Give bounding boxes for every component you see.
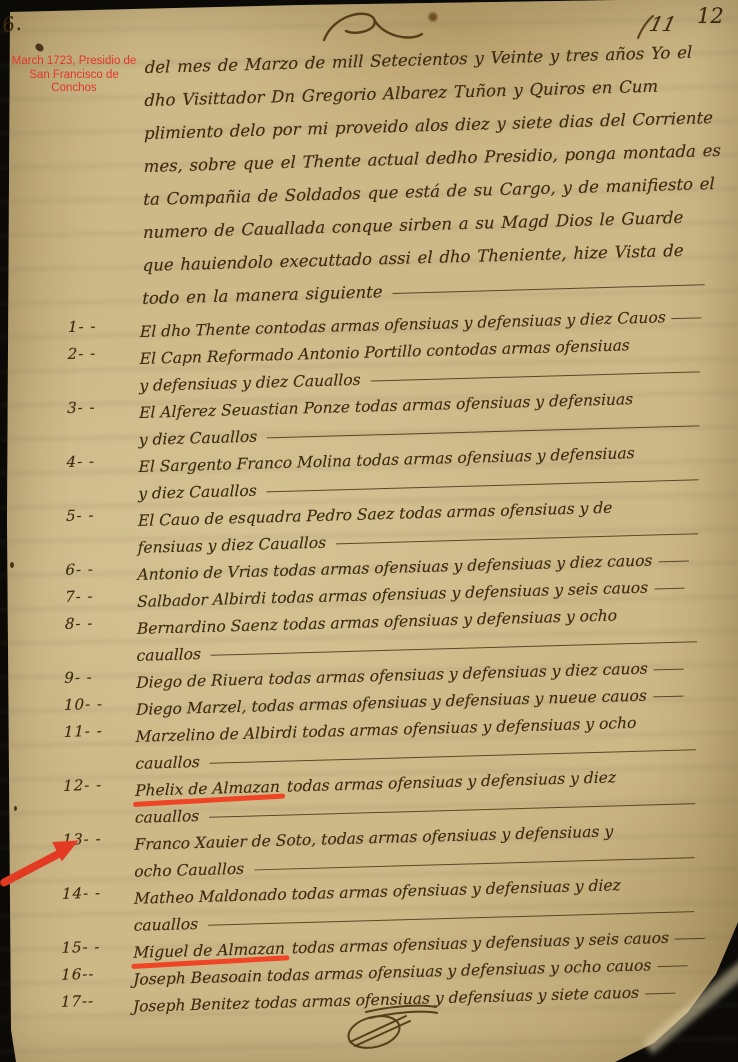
- inked-rule: [654, 669, 684, 671]
- entry-number: 11- -: [51, 719, 136, 775]
- entry-text: cauallos: [135, 753, 200, 773]
- entry-text: cauallos: [136, 645, 201, 665]
- entry-number: 15- -: [49, 935, 133, 964]
- inked-rule: [675, 938, 705, 940]
- red-arrow-icon: [0, 834, 85, 888]
- inked-rule: [672, 317, 702, 319]
- red-annotation-caption: March 1723, Presidio de San Francisco de…: [6, 55, 142, 96]
- entry-number: 9- -: [52, 665, 136, 694]
- entry-number: 3- -: [55, 395, 140, 451]
- entry-number: 4- -: [54, 449, 139, 505]
- entry-number: 1- -: [56, 314, 140, 343]
- folio-mark: 6.: [0, 11, 23, 38]
- inked-rule: [658, 561, 688, 563]
- entry-text: cauallos: [134, 915, 199, 935]
- header-paragraph: del mes de Marzo de mill Setecientos y V…: [142, 28, 715, 308]
- document-scan: del mes de Marzo de mill Setecientos y V…: [0, 0, 738, 1062]
- entry-number: 5- -: [54, 503, 139, 559]
- muster-roll-entries: 1- -El dho Thente contodas armas ofensiu…: [49, 298, 723, 1018]
- inked-rule: [654, 588, 684, 590]
- page-number-new: 12: [697, 4, 724, 28]
- inked-rule: [653, 696, 683, 698]
- entry-number: 8- -: [52, 611, 137, 667]
- entry-number: 12- -: [51, 773, 136, 829]
- underlined-name: Phelix de Almazan: [135, 778, 280, 800]
- annotation-line-1: March 1723, Presidio de: [12, 55, 137, 67]
- entry-number: 17--: [49, 989, 133, 1018]
- entry-number: 7- -: [53, 584, 137, 613]
- entry-text: cauallos: [135, 807, 200, 827]
- inked-rule: [393, 284, 705, 294]
- entry-number: 6- -: [53, 557, 137, 586]
- inked-rule: [657, 965, 687, 967]
- entry-number: 14- -: [50, 881, 135, 937]
- manuscript-text-block: del mes de Marzo de mill Setecientos y V…: [0, 0, 738, 1020]
- header-line-text: todo en la manera siguiente: [142, 282, 383, 308]
- entry-number: 2- -: [55, 341, 140, 397]
- entry-number: 10- -: [52, 692, 136, 721]
- annotation-line-2: San Francisco de Conchos: [29, 69, 119, 95]
- entry-number: 16--: [49, 962, 133, 991]
- inked-rule: [645, 993, 675, 995]
